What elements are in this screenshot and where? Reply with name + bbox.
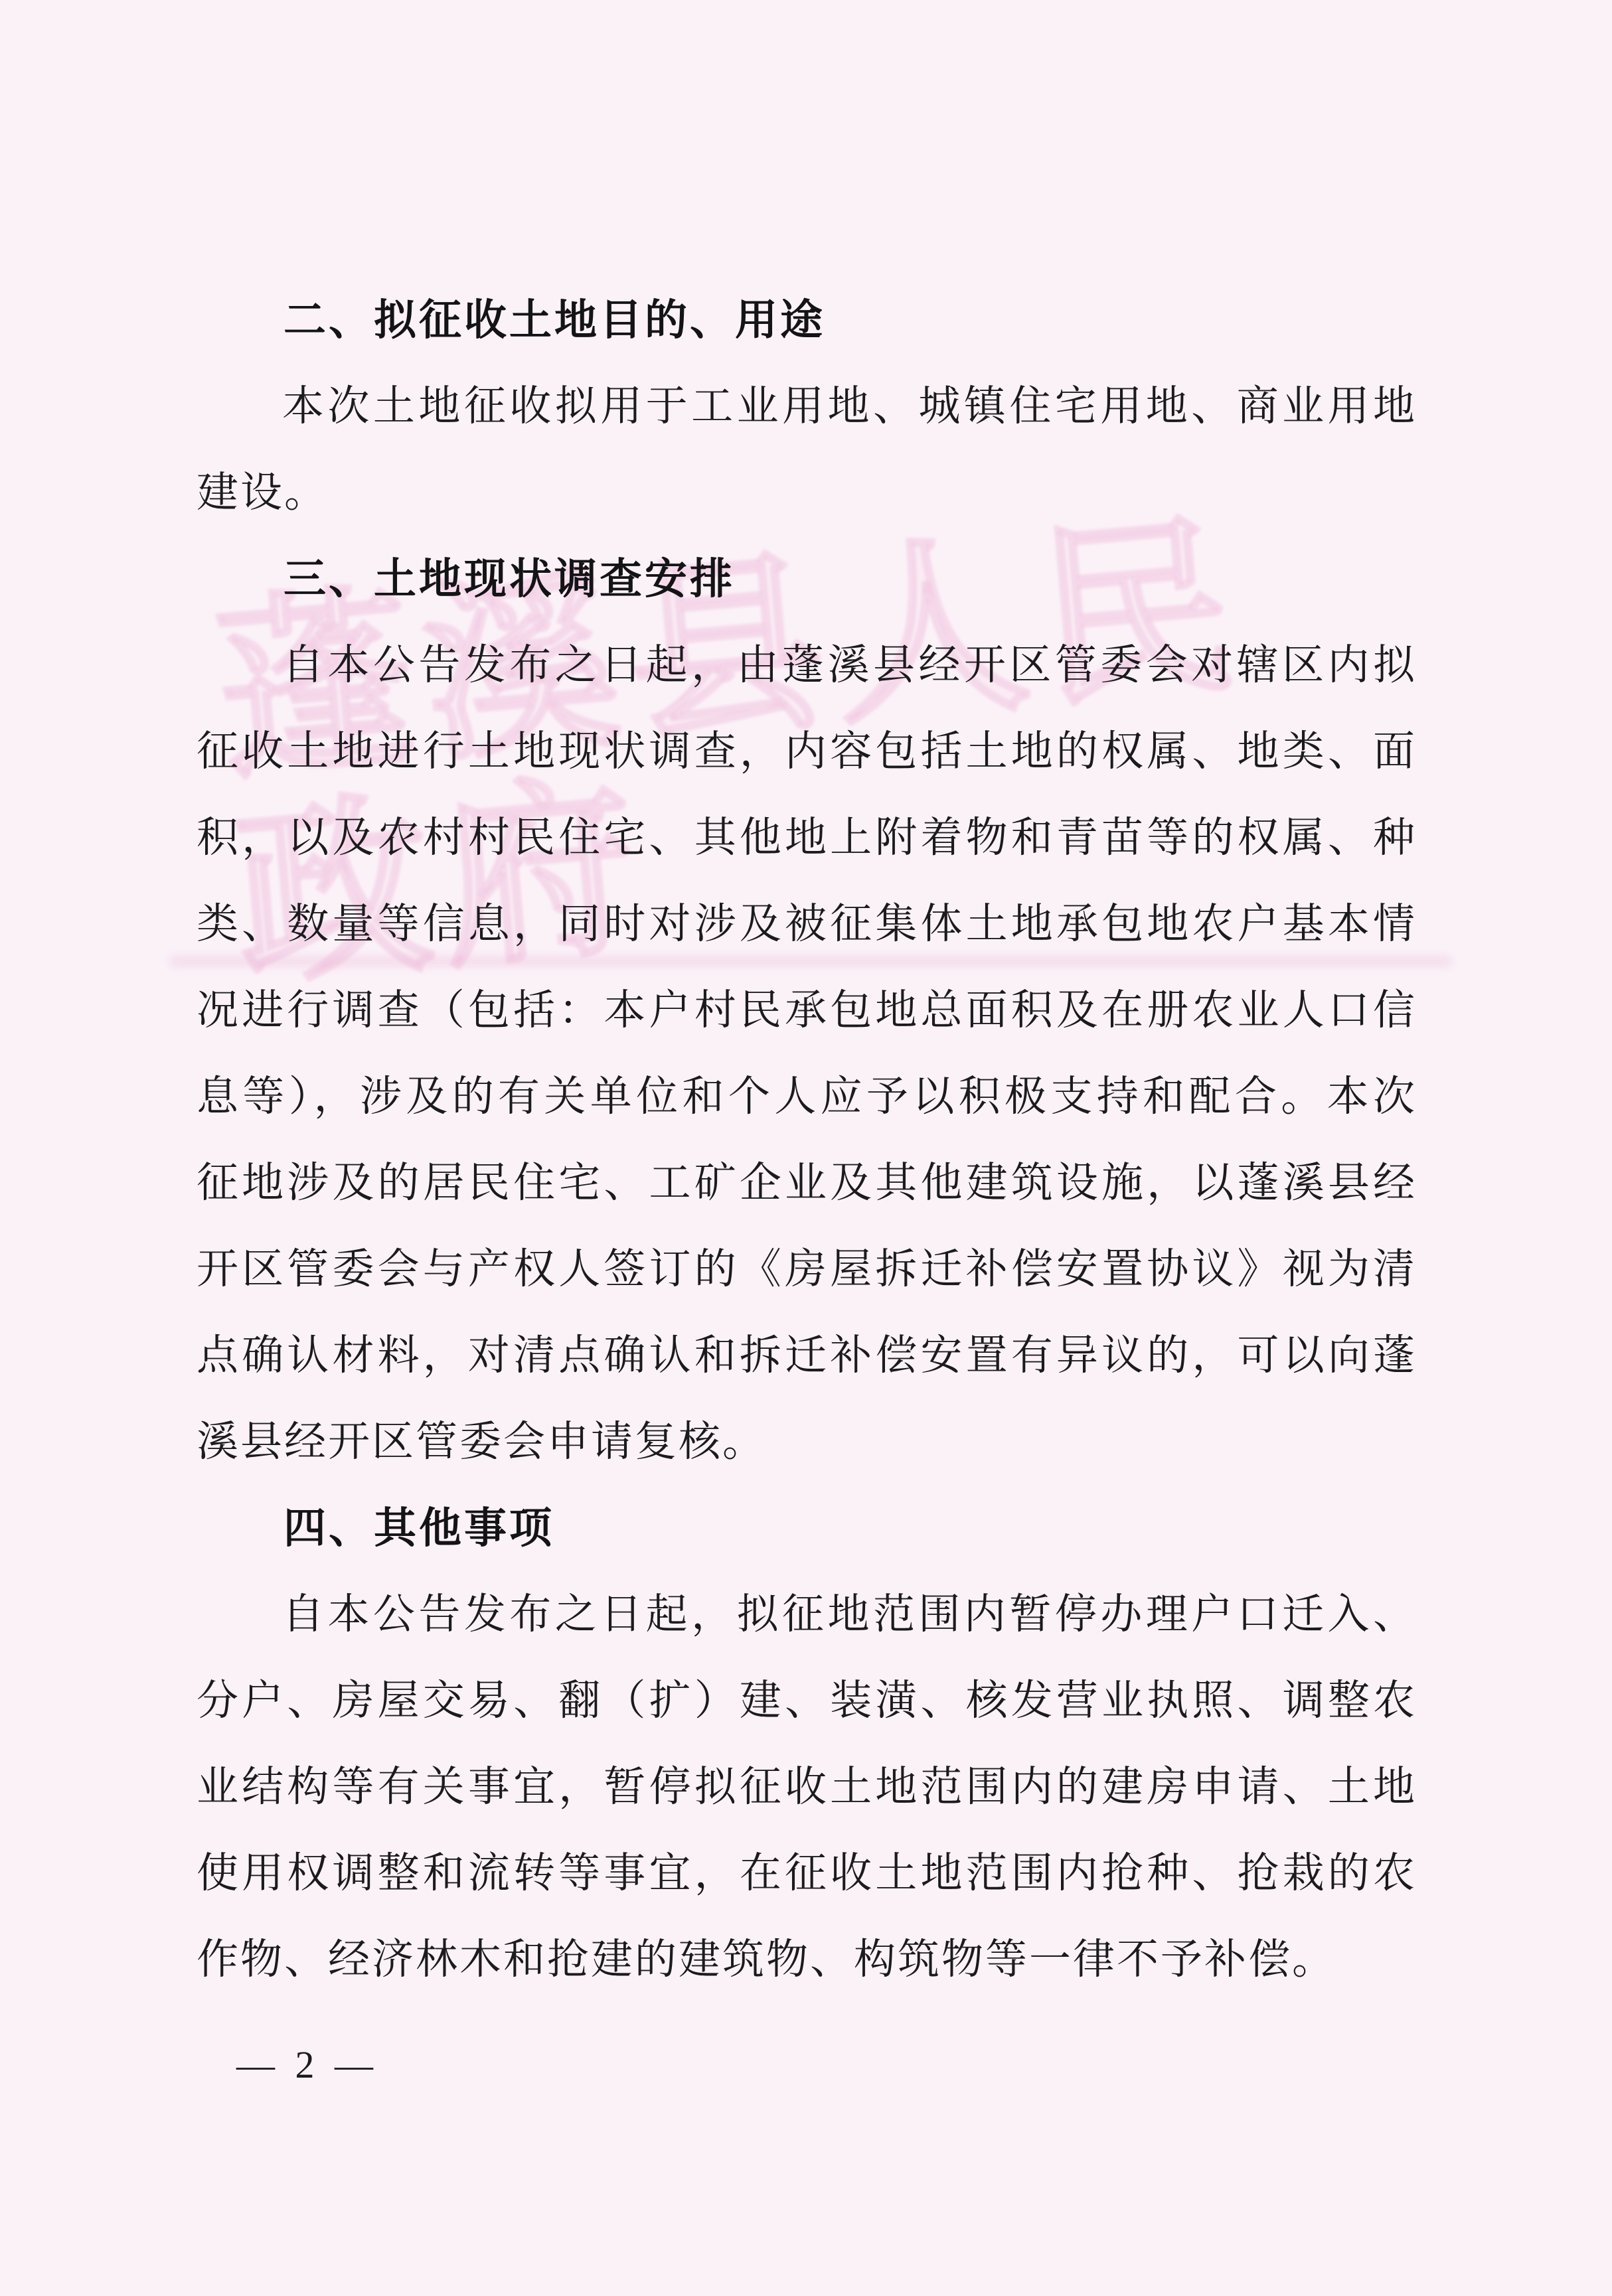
text-line: 业结构等有关事宜，暂停拟征收土地范围内的建房申请、土地 (197, 1744, 1416, 1830)
text-line: 自本公告发布之日起，由蓬溪县经开区管委会对辖区内拟 (197, 622, 1416, 708)
document-page: 蓬溪县人民政府 二、拟征收土地目的、用途 本次土地征收拟用于工业用地、城镇住宅用… (0, 0, 1612, 2296)
text-line: 本次土地征收拟用于工业用地、城镇住宅用地、商业用地 (197, 363, 1416, 449)
text-line: 况进行调查（包括：本户村民承包地总面积及在册农业人口信 (197, 967, 1416, 1053)
text-line: 点确认材料，对清点确认和拆迁补偿安置有异议的，可以向蓬 (197, 1312, 1416, 1399)
text-line: 使用权调整和流转等事宜，在征收土地范围内抢种、抢栽的农 (197, 1830, 1416, 1916)
text-line: 作物、经济林木和抢建的建筑物、构筑物等一律不予补偿。 (197, 1916, 1416, 2003)
text-line: 溪县经开区管委会申请复核。 (197, 1399, 1416, 1485)
section-heading-other: 四、其他事项 (283, 1485, 1416, 1571)
text-line: 类、数量等信息，同时对涉及被征集体土地承包地农户基本情 (197, 881, 1416, 967)
text-line: 分户、房屋交易、翻（扩）建、装潢、核发营业执照、调整农 (197, 1657, 1416, 1744)
text-line: 息等），涉及的有关单位和个人应予以积极支持和配合。本次 (197, 1053, 1416, 1140)
section-heading-survey: 三、土地现状调查安排 (283, 536, 1416, 622)
page-number: — 2 — (236, 2035, 378, 2095)
text-line: 建设。 (197, 449, 1416, 536)
text-line: 征收土地进行土地现状调查，内容包括土地的权属、地类、面 (197, 708, 1416, 795)
section-heading-purpose: 二、拟征收土地目的、用途 (283, 277, 1416, 363)
text-line: 积，以及农村村民住宅、其他地上附着物和青苗等的权属、种 (197, 795, 1416, 881)
notice-body: 二、拟征收土地目的、用途 本次土地征收拟用于工业用地、城镇住宅用地、商业用地 建… (197, 277, 1416, 2003)
text-line: 征地涉及的居民住宅、工矿企业及其他建筑设施，以蓬溪县经 (197, 1140, 1416, 1226)
text-line: 开区管委会与产权人签订的《房屋拆迁补偿安置协议》视为清 (197, 1226, 1416, 1312)
text-line: 自本公告发布之日起，拟征地范围内暂停办理户口迁入、 (197, 1571, 1416, 1657)
